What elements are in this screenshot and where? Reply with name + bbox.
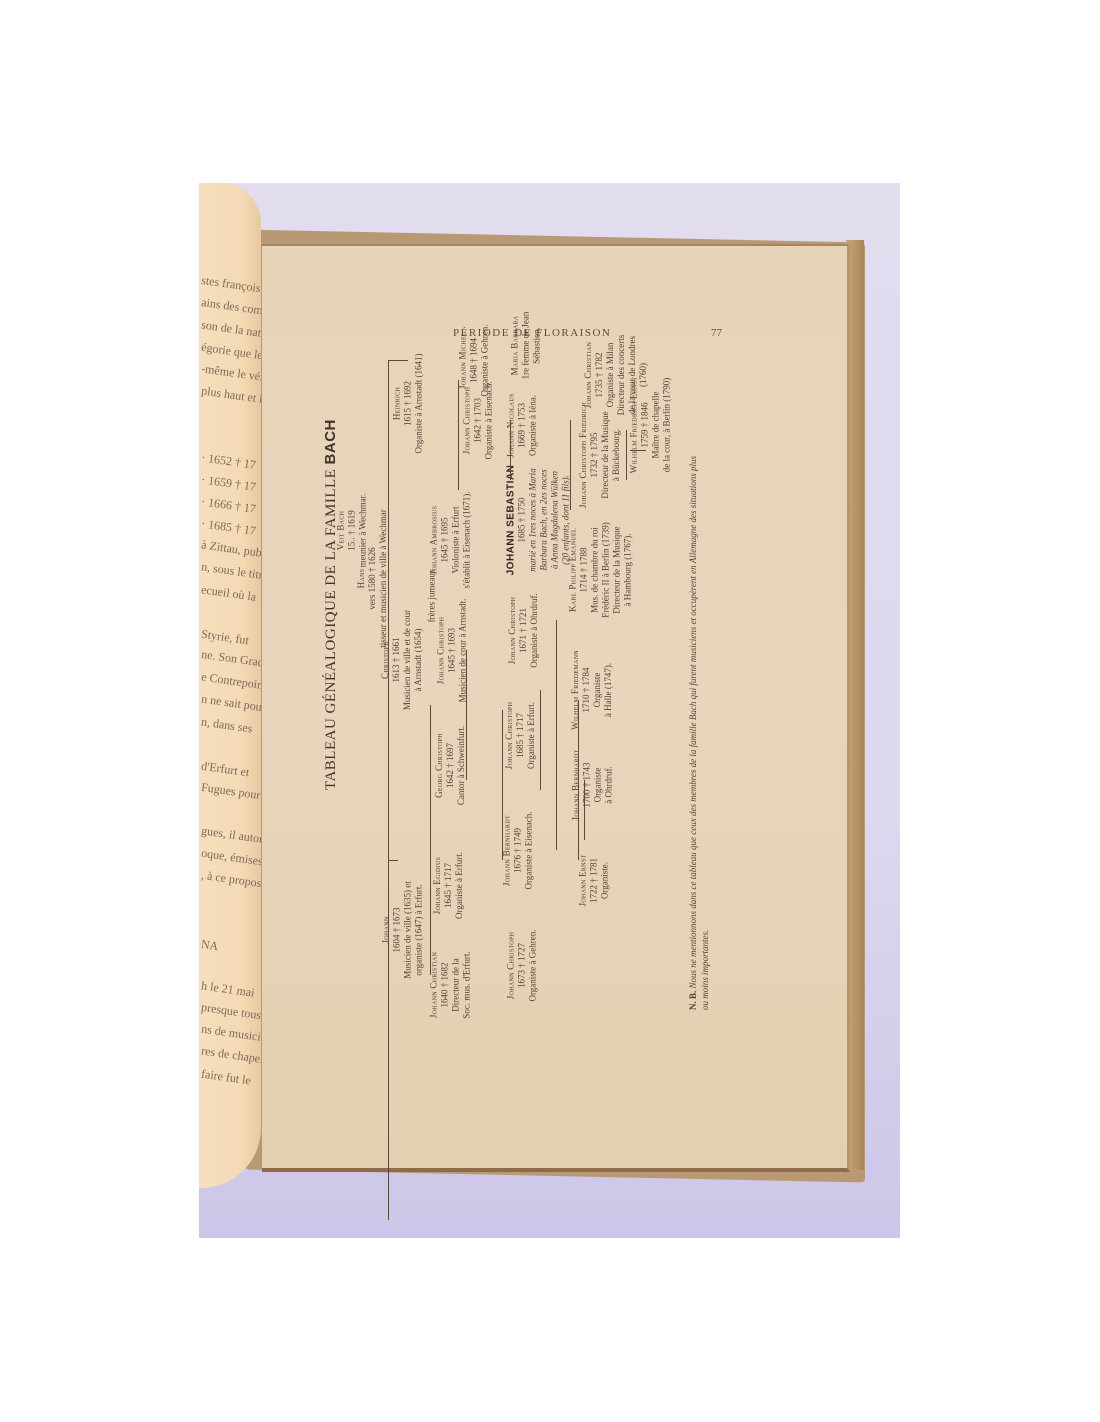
node-desc: Musicien de ville et de cour [402, 610, 413, 710]
node-name: Johann Christoph [504, 701, 515, 768]
node-desc: Organiste. [599, 854, 610, 906]
tree-node-johann-sebastian: JOHANN SEBASTIAN1685 † 1750marié en 1res… [505, 465, 571, 576]
node-name: Wilhelm Friedemann [570, 650, 581, 730]
connector-line [584, 780, 585, 840]
node-desc2: à Ohrdruf. [603, 750, 614, 821]
connector-line [540, 690, 541, 790]
node-name: Johann [380, 881, 391, 978]
tree-node-maria-barbara: Maria Barbara1re femme de JeanSébastien. [509, 311, 542, 379]
node-desc2: Directeur des concerts [616, 335, 627, 415]
connector-line [466, 650, 467, 780]
node-name: Johann Christian [583, 335, 594, 415]
node-desc2: Sébastien. [531, 311, 542, 379]
tree-node-wilhelm-friedrich-ernst: Wilhelm Friedrich Ernst1759 † 1846Maître… [628, 377, 672, 474]
node-desc: Organiste à Iéna. [528, 393, 539, 457]
tree-node-georg-christoph: Georg Christoph1642 † 1697Cantor à Schwe… [434, 725, 467, 804]
footnote: N. B. Nous ne mentionnons dans ce tablea… [688, 456, 698, 1010]
connector-line [388, 860, 398, 861]
node-dates: 1645 † 1693 [446, 598, 457, 702]
node-name: Johann Michel [458, 324, 469, 396]
node-desc2: à Halle (1747). [603, 650, 614, 730]
node-desc: marié en 1res noces à Maria [527, 465, 538, 576]
node-name: Johann Bernhardt [502, 811, 513, 889]
left-page-line: · 1652 † 17 [200, 450, 257, 473]
node-desc: Organiste [592, 750, 603, 821]
node-desc: Organiste à Ohrdruf. [528, 593, 539, 668]
node-dates: 1685 † 1750 [516, 465, 527, 576]
tree-node-christoph: Christoph1613 † 1661Musicien de ville et… [380, 610, 424, 710]
connector-line [388, 360, 408, 361]
left-page-line: h le 21 mai [200, 978, 255, 1000]
tree-node-johann: Johann1604 † 1673Musicien de ville (1635… [380, 881, 424, 978]
node-name: Johann Christoph [506, 929, 517, 1001]
node-desc: Organiste [592, 650, 603, 730]
node-dates: 1673 † 1727 [517, 929, 528, 1001]
node-name: Johann Nicolaus [506, 393, 517, 457]
node-dates: 1732 † 1795 [589, 402, 600, 508]
left-page-line: , à ce propos [200, 868, 261, 891]
left-page: stes françois deains des composon de la … [199, 183, 261, 1188]
left-page-line: ecueil où la [200, 582, 257, 605]
page-number: 77 [711, 327, 722, 339]
left-page-line: égorie que le [200, 340, 261, 363]
left-page-line: son de la natu [200, 317, 261, 341]
node-desc3: Directeur de la Musique [611, 522, 622, 617]
node-dates: 1735 † 1782 [594, 335, 605, 415]
node-desc: Mus. de chambre du roi [589, 522, 600, 617]
left-page-line: -même le vérit [200, 361, 261, 386]
node-desc: Organiste à Erfurt. [454, 851, 465, 918]
footnote-line2: ou moins importantes. [700, 930, 710, 1010]
tree-node-johann-bernhardt-1676: Johann Bernhardt1676 † 1749Organiste à E… [502, 811, 535, 889]
left-page-line: e Contrepoint [200, 670, 261, 694]
left-page-line: n ne sait pour [200, 692, 261, 716]
left-page-line: presque tous [200, 1000, 261, 1023]
connector-line [578, 700, 579, 860]
connector-line [388, 360, 389, 1220]
node-dates: 1759 † 1846 [639, 377, 650, 474]
node-dates: 1700 † 1743 [581, 750, 592, 821]
tree-node-johann-christoph-friedrich: Johann Christoph Friedrich1732 † 1795Dir… [578, 402, 622, 508]
node-desc: Directeur de la [450, 951, 461, 1018]
node-desc2: de la cour, à Berlin (1790) [661, 377, 672, 474]
node-desc: 1re femme de Jean [520, 311, 531, 379]
node-dates: 1615 † 1692 [403, 353, 414, 453]
node-dates: 1604 † 1673 [391, 881, 402, 978]
connector-line [510, 420, 511, 480]
node-desc: Organiste à Milan [605, 335, 616, 415]
left-page-line: · 1685 † 17 [200, 516, 257, 539]
left-page-line: oque, émises [200, 846, 261, 869]
connector-line [630, 450, 646, 451]
node-desc: Organiste à Eisenach. [524, 811, 535, 889]
left-page-line: plus haut et le [200, 383, 261, 407]
left-page-line: gues, il autorp [200, 823, 261, 847]
node-dates: vers 1580 † 1626 [366, 509, 377, 648]
node-desc2: s'établit à Eisenach (1671). [461, 491, 472, 588]
node-desc: Organiste à Gehren. [480, 324, 491, 396]
tree-node-heinrich: Heinrich1615 † 1692Organiste à Arnstadt … [392, 353, 425, 453]
node-name: Heinrich [392, 353, 403, 453]
node-desc: Maître de chapelle [650, 377, 661, 474]
left-page-line: d'Erfurt et [200, 759, 250, 781]
connector-line [430, 705, 431, 975]
left-page-line: faire fut le [200, 1067, 252, 1089]
node-name: Veit Bach [335, 493, 346, 567]
node-name: Johann Christoph Friedrich [578, 402, 589, 508]
node-dates: 1710 † 1784 [581, 650, 592, 730]
left-page-line: res de chapell [200, 1043, 261, 1067]
node-dates: 1685 † 1717 [515, 701, 526, 768]
tree-node-johann-christoph-ohrdruf: Johann Christoph1671 † 1721Organiste à O… [506, 593, 539, 668]
node-desc2: à Bückebourg. [611, 402, 622, 508]
node-desc: Musicien de ville (1635) et [402, 881, 413, 978]
node-desc2: Barbara Bach, en 2es noces [538, 465, 549, 576]
tree-node-wilhelm-friedemann: Wilhelm Friedemann1710 † 1784Organisteà … [570, 650, 614, 730]
node-dates: 1648 † 1694 [469, 324, 480, 396]
table-title-name: BACH [322, 419, 339, 464]
node-dates: 1645 † 1695 [439, 491, 450, 588]
tree-node-johann-ernst: Johann Ernst1722 † 1781Organiste. [577, 854, 610, 906]
tree-node-johann-egidius: Johann Egidius1645 † 1717Organiste à Erf… [432, 851, 465, 918]
node-dates: 1613 † 1661 [391, 610, 402, 710]
node-name: Wilhelm Friedrich Ernst [628, 377, 639, 474]
node-name: Christoph [380, 610, 391, 710]
left-page-line: ns de musicie [200, 1022, 261, 1046]
node-name: Karl Philipp Emanuel [567, 522, 578, 617]
tree-node-johann-christian: Johann Christian1640 † 1682Directeur de … [428, 951, 472, 1018]
node-dates: 1669 † 1753 [517, 393, 528, 457]
table-title: TABLEAU GÉNÉALOGIQUE DE LA FAMILLE BACH [322, 419, 340, 790]
node-desc2: Soc. mus. d'Erfurt. [461, 951, 472, 1018]
connector-line [570, 420, 571, 510]
node-name: Johann Egidius [432, 851, 443, 918]
footnote-label: N. B. [688, 991, 698, 1010]
node-desc2: à Arnstadt (1654) [413, 610, 424, 710]
node-desc4: à Hambourg (1767). [622, 522, 633, 617]
tree-node-johann-bernhardt-1700: Johann Bernhardt1700 † 1743Organisteà Oh… [570, 750, 614, 821]
node-dates: 1714 † 1788 [578, 522, 589, 617]
node-desc2: organiste (1647) à Erfurt. [413, 881, 424, 978]
node-desc: Cantor à Schweinfurt. [456, 725, 467, 804]
connector-line [502, 710, 503, 860]
node-desc: Organiste à Gehren. [528, 929, 539, 1001]
node-desc: Violoniste à Erfurt [450, 491, 461, 588]
tree-node-johann-michel: Johann Michel1648 † 1694Organiste à Gehr… [458, 324, 491, 396]
connector-line [626, 430, 627, 480]
node-dates: 1642 † 1697 [445, 725, 456, 804]
node-name: Georg Christoph [434, 725, 445, 804]
tree-node-johann-christoph-twin: Johann Christoph1645 † 1693Musicien de c… [435, 598, 468, 702]
left-page-line: à Zittau, publi [200, 537, 261, 561]
twins-label: frères jumeaux [426, 568, 437, 622]
left-page-line: NA [200, 937, 219, 954]
left-page-line: Fugues pour [200, 780, 261, 803]
node-dates: 1671 † 1721 [517, 593, 528, 668]
left-page-line: ains des compo [200, 295, 261, 320]
connector-line [556, 620, 557, 850]
node-name: Hans [355, 509, 366, 648]
tree-node-karl-philipp-emanuel: Karl Philipp Emanuel1714 † 1788Mus. de c… [567, 522, 633, 617]
node-desc: Organiste à Erfurt. [526, 701, 537, 768]
node-dates: 1676 † 1749 [513, 811, 524, 889]
left-page-line: · 1666 † 17 [200, 494, 257, 517]
node-name: Johann Ernst [577, 854, 588, 906]
node-desc: Directeur de la Musique [600, 402, 611, 508]
footnote-text: Nous ne mentionnons dans ce tableau que … [688, 456, 698, 988]
node-desc2: Frédéric II à Berlin (1739) [600, 522, 611, 617]
left-page-line: ne. Son Gradus [200, 647, 261, 672]
node-desc: Organiste à Arnstadt (1641) [414, 353, 425, 453]
node-name: Maria Barbara [509, 311, 520, 379]
node-name: Johann Christoph [506, 593, 517, 668]
node-name: JOHANN SEBASTIAN [505, 465, 516, 576]
tree-node-johann-christoph-gehren: Johann Christoph1673 † 1727Organiste à G… [506, 929, 539, 1001]
left-page-line: Styrie, fut [200, 627, 250, 649]
left-page-line: · 1659 † 17 [200, 472, 257, 495]
left-page-line: stes françois de [200, 273, 261, 298]
node-dates: 1640 † 1682 [439, 951, 450, 1018]
connector-line [458, 380, 459, 490]
left-page-line: n, sous le titre [200, 559, 261, 583]
node-desc3: à Anna Magdalena Wülken [549, 465, 560, 576]
node-name: Johann Bernhardt [570, 750, 581, 821]
node-dates: 1645 † 1717 [443, 851, 454, 918]
node-dates: 1722 † 1781 [588, 854, 599, 906]
left-page-line: n, dans ses [200, 714, 253, 736]
tree-node-johann-christoph-erfurt: Johann Christoph1685 † 1717Organiste à E… [504, 701, 537, 768]
